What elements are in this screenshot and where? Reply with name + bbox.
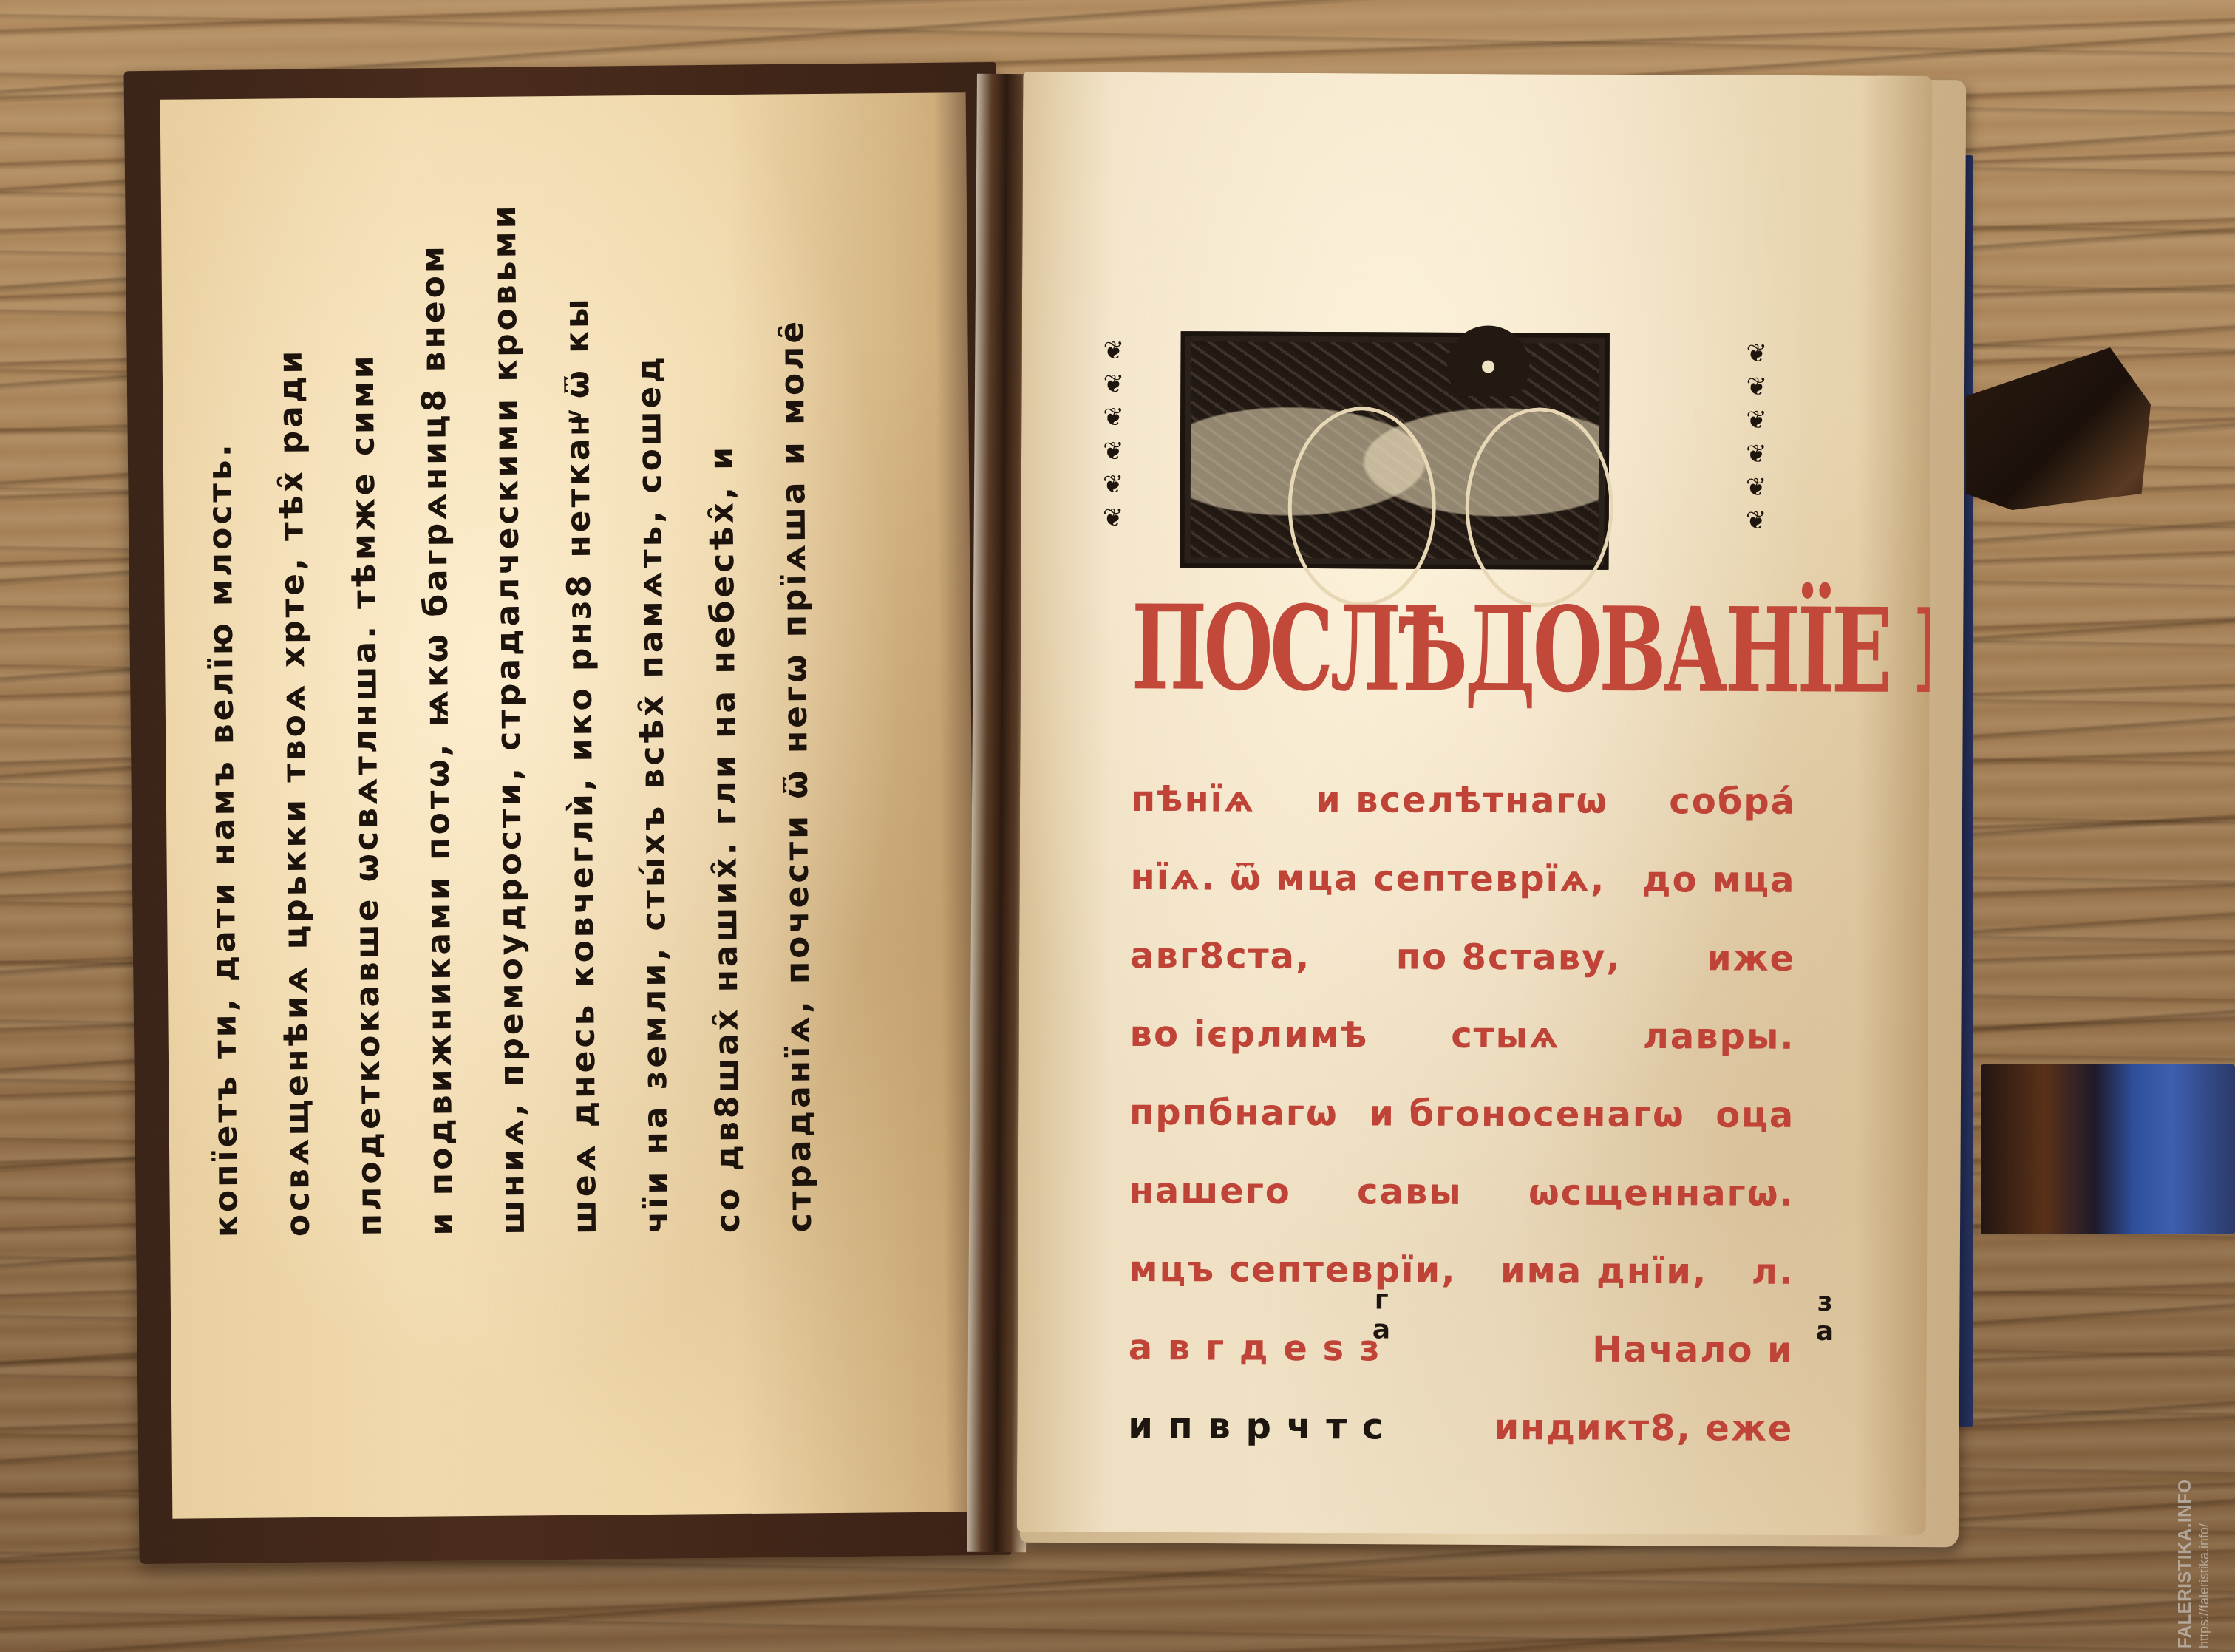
text-segment: нїѧ. ѿ мца септеврїѧ,	[1130, 857, 1605, 900]
text-segment: пѣнїѧ	[1131, 778, 1255, 820]
fleuron-icon: ❦	[1103, 438, 1169, 463]
text-segment: до мца	[1642, 859, 1796, 901]
left-page-text-block: страданїѧ, почести ѿ негѡ прїѧша и моле̑…	[203, 279, 817, 1237]
text-line: авг8ста, по 8ставу, иже	[1130, 898, 1795, 979]
mixed-ink-line: и п в р ч т с индикт8, еже	[1128, 1368, 1793, 1449]
fleuron-icon: ❦	[1103, 472, 1169, 497]
text-segment: има днїи,	[1500, 1250, 1707, 1292]
fleuron-icon: ❦	[1103, 405, 1169, 430]
left-text-column: шеѧ днесь ковчеглѝ, ико рнз8 нетканͮ ѿ к…	[561, 281, 602, 1234]
ornament-scroll-left	[1287, 407, 1436, 607]
left-text-column: и подвижниками потѡ, ѩкѡ багрѧниц8 внеом	[418, 282, 458, 1235]
red-text-block: пѣнїѧ и вселѣтнагѡ собра́ нїѧ. ѿ мца сеп…	[1128, 741, 1796, 1449]
alphabet-line: а в г д е ѕ з Начало и	[1129, 1290, 1794, 1371]
text-segment: стыѧ	[1451, 1015, 1560, 1057]
text-segment: Начало и	[1592, 1329, 1794, 1371]
text-line: во ієрлимѣ стыѧ лавры.	[1130, 976, 1795, 1058]
fleuron-icon: ❦	[1746, 509, 1812, 534]
text-segment: и вселѣтнагѡ	[1316, 779, 1609, 822]
black-letter-sequence: и п в р ч т с	[1128, 1405, 1384, 1448]
left-text-column: шниѧ, премоудрости, страдалческими кровь…	[489, 282, 530, 1235]
text-segment: мцъ септеврїи,	[1129, 1248, 1456, 1291]
signature-letter: а	[1816, 1317, 1834, 1347]
text-segment: нашего	[1129, 1170, 1291, 1212]
text-segment: иже	[1707, 937, 1795, 979]
fleuron-icon: ❦	[1746, 408, 1812, 433]
fleuron-icon: ❦	[1103, 506, 1169, 531]
fleuron-column-left: ❦ ❦ ❦ ❦ ❦ ❦	[1103, 339, 1170, 531]
text-segment: оца	[1715, 1094, 1795, 1135]
text-segment: авг8ста,	[1130, 935, 1310, 977]
alphabet-sequence: а в г д е ѕ з	[1129, 1327, 1381, 1369]
text-segment: прпбнагѡ	[1129, 1092, 1338, 1134]
watermark: FALERISTIKA.INFO https://faleristika.inf…	[2177, 1500, 2228, 1648]
text-segment: по 8ставу,	[1396, 937, 1622, 979]
fleuron-icon: ❦	[1746, 341, 1813, 367]
right-page: ❦ ❦ ❦ ❦ ❦ ❦ ❦ ❦ ❦ ❦ ❦ ❦ ПОСЛѢДОВАНЇЕ ЦРК…	[1017, 72, 1933, 1535]
text-segment: во ієрлимѣ	[1130, 1013, 1369, 1056]
metal-clasp-bottom	[1981, 1064, 2235, 1234]
left-page: страданїѧ, почести ѿ негѡ прїѧша и моле̑…	[160, 92, 979, 1518]
headpiece: ❦ ❦ ❦ ❦ ❦ ❦ ❦ ❦ ❦ ❦ ❦ ❦	[1103, 294, 1843, 548]
leather-clasp-top	[1966, 347, 2151, 510]
signature-letter: а	[1372, 1315, 1390, 1345]
text-segment: собра́	[1669, 781, 1796, 823]
text-line: нашего савы ѡсщеннагѡ.	[1129, 1133, 1795, 1214]
signature-superscript: г	[1372, 1285, 1390, 1315]
text-segment: индикт8, еже	[1494, 1407, 1793, 1449]
left-text-column: освѧщенѣиѧ црькки твоѧ хрте, тѣх̑ ради	[274, 283, 315, 1237]
fleuron-icon: ❦	[1746, 441, 1812, 466]
fleuron-icon: ❦	[1103, 339, 1170, 364]
text-segment: лавры.	[1643, 1016, 1795, 1058]
watermark-brand: FALERISTIKA.INFO	[2177, 1500, 2194, 1648]
text-line: нїѧ. ѿ мца септеврїѧ, до мца	[1130, 820, 1795, 901]
left-text-column: копїетъ ти, дати намъ велїю млость.	[203, 284, 243, 1237]
text-segment: л.	[1752, 1251, 1795, 1293]
left-text-column: чїи на земли, сты́хъ всѣх̑ памѧть, сошед	[633, 280, 673, 1234]
text-line: прпбнагѡ и бгоносенагѡ оца	[1129, 1055, 1795, 1136]
signature-mark: з а	[1816, 1288, 1834, 1346]
left-text-column: плодеткокавше ѡсвѧтлнша. тѣмже сими	[346, 282, 387, 1236]
fleuron-column-right: ❦ ❦ ❦ ❦ ❦ ❦	[1746, 341, 1813, 534]
page-title-ligature: ПОСЛѢДОВАНЇЕ ЦРКОВНАГО	[1132, 590, 1691, 709]
fleuron-icon: ❦	[1103, 372, 1169, 397]
signature-mark: г а	[1372, 1285, 1391, 1344]
signature-superscript: з	[1816, 1288, 1834, 1317]
fleuron-icon: ❦	[1746, 475, 1812, 500]
text-line: пѣнїѧ и вселѣтнагѡ собра́	[1131, 741, 1796, 823]
text-segment: савы	[1357, 1171, 1463, 1213]
text-line: мцъ септеврїи, има днїи, л.	[1129, 1211, 1794, 1293]
left-text-column: со дв8шах̑ наших̑. гли на небесѣх̑, и	[704, 279, 745, 1233]
text-segment: и бгоносенагѡ	[1369, 1092, 1685, 1135]
fleuron-icon: ❦	[1746, 375, 1812, 400]
left-text-column: страданїѧ, почести ѿ негѡ прїѧша и моле̑	[776, 279, 817, 1232]
watermark-url: https://faleristika.info/	[2197, 1500, 2214, 1648]
woodcut-ornament	[1180, 331, 1609, 570]
flower-ornament-icon	[1440, 322, 1536, 397]
ornament-scroll-right	[1465, 407, 1613, 608]
text-segment: ѡсщеннагѡ.	[1528, 1172, 1795, 1214]
